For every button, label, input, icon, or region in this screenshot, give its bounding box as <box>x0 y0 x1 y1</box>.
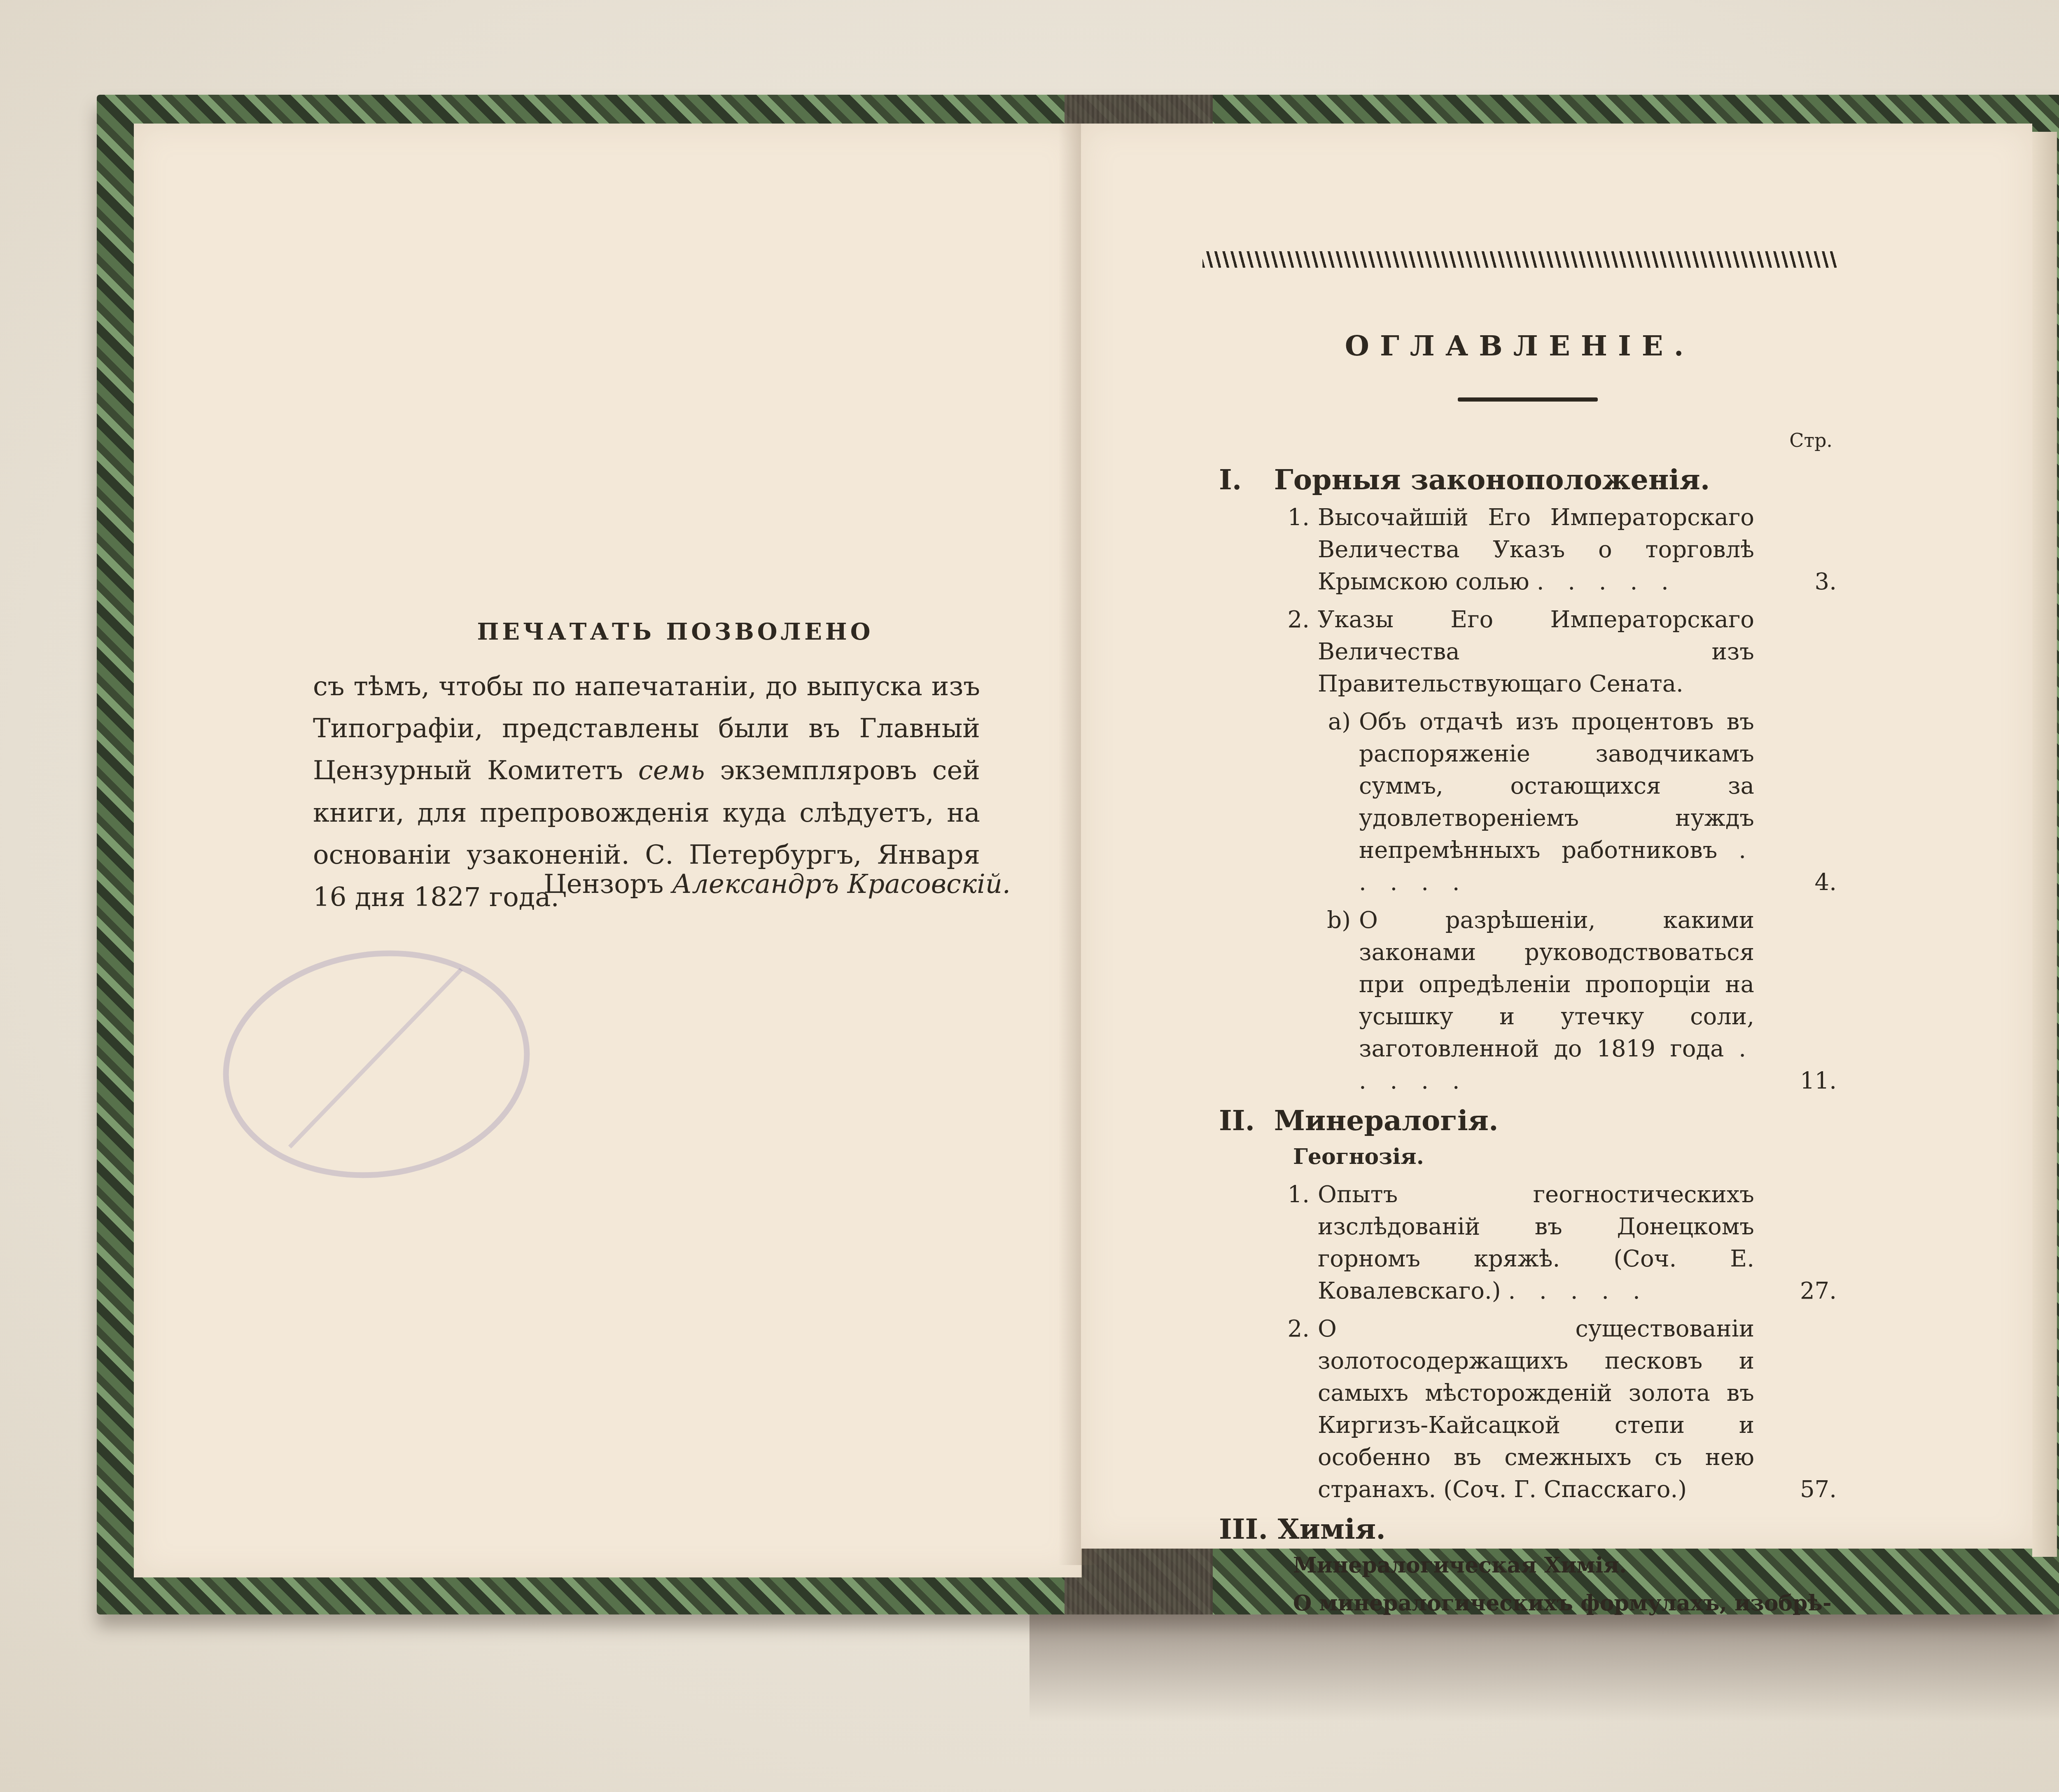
toc-entry: 1. Высочайшій Его Императорскаго Величес… <box>1268 502 1837 598</box>
toc-page-number: 4. <box>1815 867 1837 899</box>
toc-section-2: II. Минералогія. <box>1219 1105 1837 1137</box>
censor-name: Александръ Красовскій. <box>672 869 1011 900</box>
toc-page-number: 27. <box>1800 1275 1837 1307</box>
censor-signature: Цензоръ Александръ Красовскій. <box>544 869 1011 900</box>
toc-page-number: 57. <box>1800 1474 1837 1506</box>
toc-subentry: a) Объ отдачѣ изъ процентовъ въ распоряж… <box>1310 706 1837 899</box>
toc-subheading: Геогнозія. <box>1293 1141 1837 1173</box>
toc-subheading: Минералогическая Химія. <box>1293 1549 1837 1582</box>
toc-entry: 1. Опытъ геогностическихъ изслѣдованій в… <box>1268 1179 1837 1307</box>
toc-section-3: III. Химія. <box>1219 1513 1837 1545</box>
toc-page-number: 11. <box>1800 1065 1837 1097</box>
imprimatur-heading: ПЕЧАТАТЬ ПОЗВОЛЕНО <box>371 614 980 651</box>
ornamental-rule-icon <box>1202 251 1837 268</box>
toc-entry: 2. О существованіи золотосодержащихъ пес… <box>1268 1313 1837 1506</box>
italic-word: семь <box>638 755 705 786</box>
censor-title: Цензоръ <box>544 869 663 900</box>
toc-title: ОГЛАВЛЕНІЕ. <box>1334 329 1705 362</box>
table-of-contents: Стр. I. Горныя законоположенія. 1. Высоч… <box>1219 424 1837 1619</box>
toc-subentry: b) О разрѣшеніи, какими законами руковод… <box>1310 904 1837 1097</box>
title-underline <box>1458 397 1598 402</box>
toc-continuation-text: О минералогическихъ формулахъ, изобрѣ- <box>1293 1587 1837 1619</box>
toc-page-number: 3. <box>1815 566 1837 598</box>
page-column-label: Стр. <box>1219 424 1837 456</box>
toc-section-1: I. Горныя законоположенія. <box>1219 464 1837 496</box>
book-shadow <box>1029 1614 2059 1722</box>
toc-entry: 2. Указы Его Императорскаго Величества и… <box>1268 604 1837 700</box>
